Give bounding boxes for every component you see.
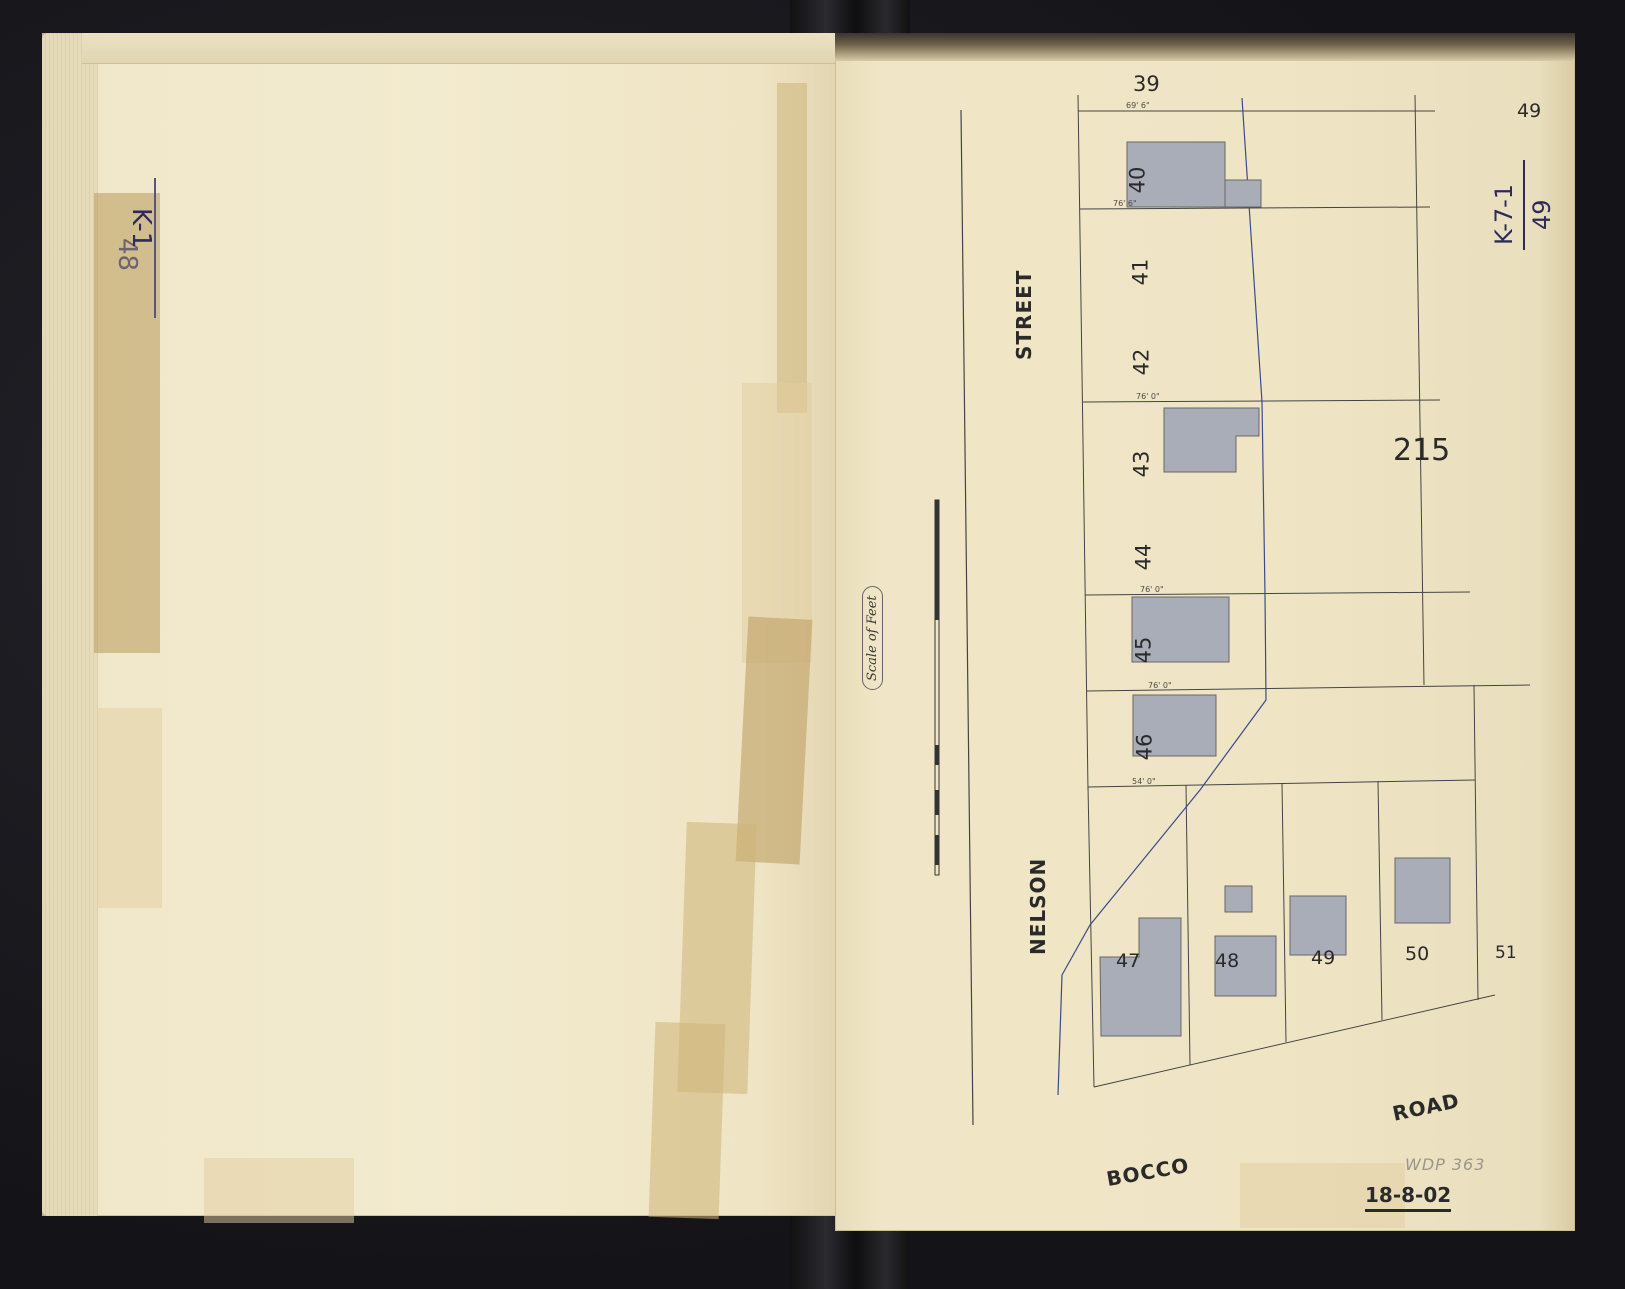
street-label-nelson: NELSON <box>1026 858 1050 955</box>
page-number: 49 <box>1517 100 1541 122</box>
scale-of-feet-label: Scale of Feet <box>862 586 883 690</box>
lot-45: 45 <box>1131 637 1155 664</box>
lot-48: 48 <box>1215 950 1239 972</box>
dim-label: 76' 0" <box>1148 681 1172 690</box>
scale-bar <box>935 500 939 875</box>
right-handwritten-reference: K-7-1 49 <box>1488 160 1568 260</box>
dim-label: 54' 0" <box>1132 777 1156 786</box>
lot-40: 40 <box>1125 167 1149 194</box>
building-lot-47 <box>1100 918 1181 1036</box>
block-number: 215 <box>1393 433 1450 468</box>
dim-label: 76' 0" <box>1140 585 1164 594</box>
lot-39: 39 <box>1133 72 1160 96</box>
building-lot-43 <box>1164 408 1259 472</box>
lot-41: 41 <box>1128 259 1152 286</box>
street-label-street: STREET <box>1012 270 1036 360</box>
dim-label: 76' 0" <box>1136 392 1160 401</box>
date-stamp: 18-8-02 <box>1365 1183 1451 1212</box>
lot-46: 46 <box>1132 734 1156 761</box>
dim-label: 76' 6" <box>1113 199 1137 208</box>
dim-label: 69' 6" <box>1126 101 1150 110</box>
lot-44: 44 <box>1131 544 1155 571</box>
right-ref-bottom: 49 <box>1528 199 1556 230</box>
lot-51: 51 <box>1495 943 1517 963</box>
building-lot-50 <box>1395 858 1450 923</box>
survey-map: 69' 6" 76' 6" 76' 0" 76' 0" 76' 0" 54' 0… <box>0 0 1625 1289</box>
lot-42: 42 <box>1129 349 1153 376</box>
lot-49: 49 <box>1311 947 1335 969</box>
lot-50: 50 <box>1405 943 1429 965</box>
lot-43: 43 <box>1129 451 1153 478</box>
right-ref-top: K-7-1 <box>1490 184 1518 245</box>
fraction-line <box>1523 160 1525 250</box>
lot-47: 47 <box>1116 950 1140 972</box>
pencil-note: WDP 363 <box>1405 1155 1485 1174</box>
